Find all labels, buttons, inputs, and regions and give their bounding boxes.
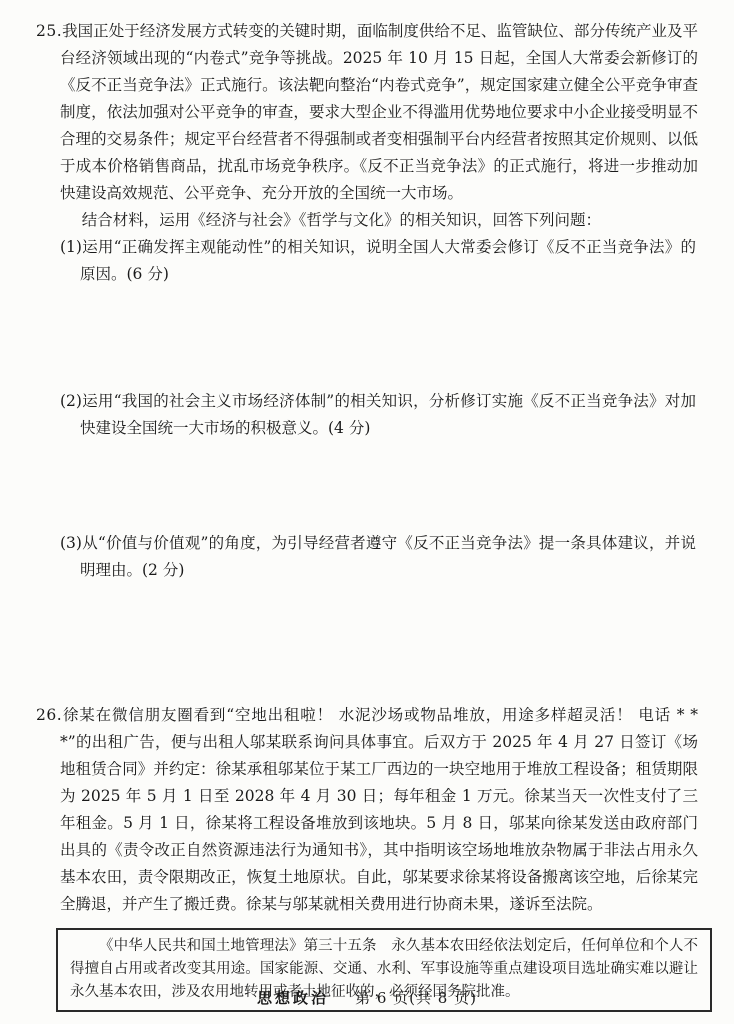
question-26-number: 26.	[36, 706, 62, 724]
question-25-part-2-text: 运用“我国的社会主义市场经济体制”的相关知识，分析修订实施《反不正当竞争法》对加…	[80, 392, 696, 437]
page-footer: 思想政治第 6 页(共 8 页)	[0, 985, 734, 1012]
question-25-part-1: (1)运用“正确发挥主观能动性”的相关知识，说明全国人大常委会修订《反不正当竞争…	[60, 234, 696, 288]
page-content: 25.我国正处于经济发展方式转变的关键时期，面临制度供给不足、监管缺位、部分传统…	[0, 0, 734, 1012]
footer-subject: 思想政治	[257, 989, 329, 1007]
footer-page-info: 第 6 页(共 8 页)	[355, 989, 477, 1007]
question-26-stem-text: 徐某在微信朋友圈看到“空地出租啦！ 水泥沙场或物品堆放，用途多样超灵活！ 电话 …	[60, 706, 698, 913]
question-25-part-1-label: (1)	[60, 238, 82, 256]
question-25-part-1-text: 运用“正确发挥主观能动性”的相关知识，说明全国人大常委会修订《反不正当竞争法》的…	[80, 238, 696, 283]
question-25-stem: 25.我国正处于经济发展方式转变的关键时期，面临制度供给不足、监管缺位、部分传统…	[36, 18, 698, 207]
question-25-part-3: (3)从“价值与价值观”的角度，为引导经营者遵守《反不正当竞争法》提一条具体建议…	[60, 530, 696, 584]
question-26-stem: 26.徐某在微信朋友圈看到“空地出租啦！ 水泥沙场或物品堆放，用途多样超灵活！ …	[36, 702, 698, 918]
exam-page: 25.我国正处于经济发展方式转变的关键时期，面临制度供给不足、监管缺位、部分传统…	[0, 0, 734, 1024]
question-25-part-2: (2)运用“我国的社会主义市场经济体制”的相关知识，分析修订实施《反不正当竞争法…	[60, 388, 696, 442]
question-25-leadin: 结合材料，运用《经济与社会》《哲学与文化》的相关知识，回答下列问题：	[60, 207, 698, 234]
question-25-stem-text: 我国正处于经济发展方式转变的关键时期，面临制度供给不足、监管缺位、部分传统产业及…	[60, 22, 698, 202]
question-25-part-3-text: 从“价值与价值观”的角度，为引导经营者遵守《反不正当竞争法》提一条具体建议，并说…	[80, 534, 696, 579]
question-25-part-2-label: (2)	[60, 392, 82, 410]
question-25-part-3-label: (3)	[60, 534, 82, 552]
question-25-number: 25.	[36, 22, 62, 40]
